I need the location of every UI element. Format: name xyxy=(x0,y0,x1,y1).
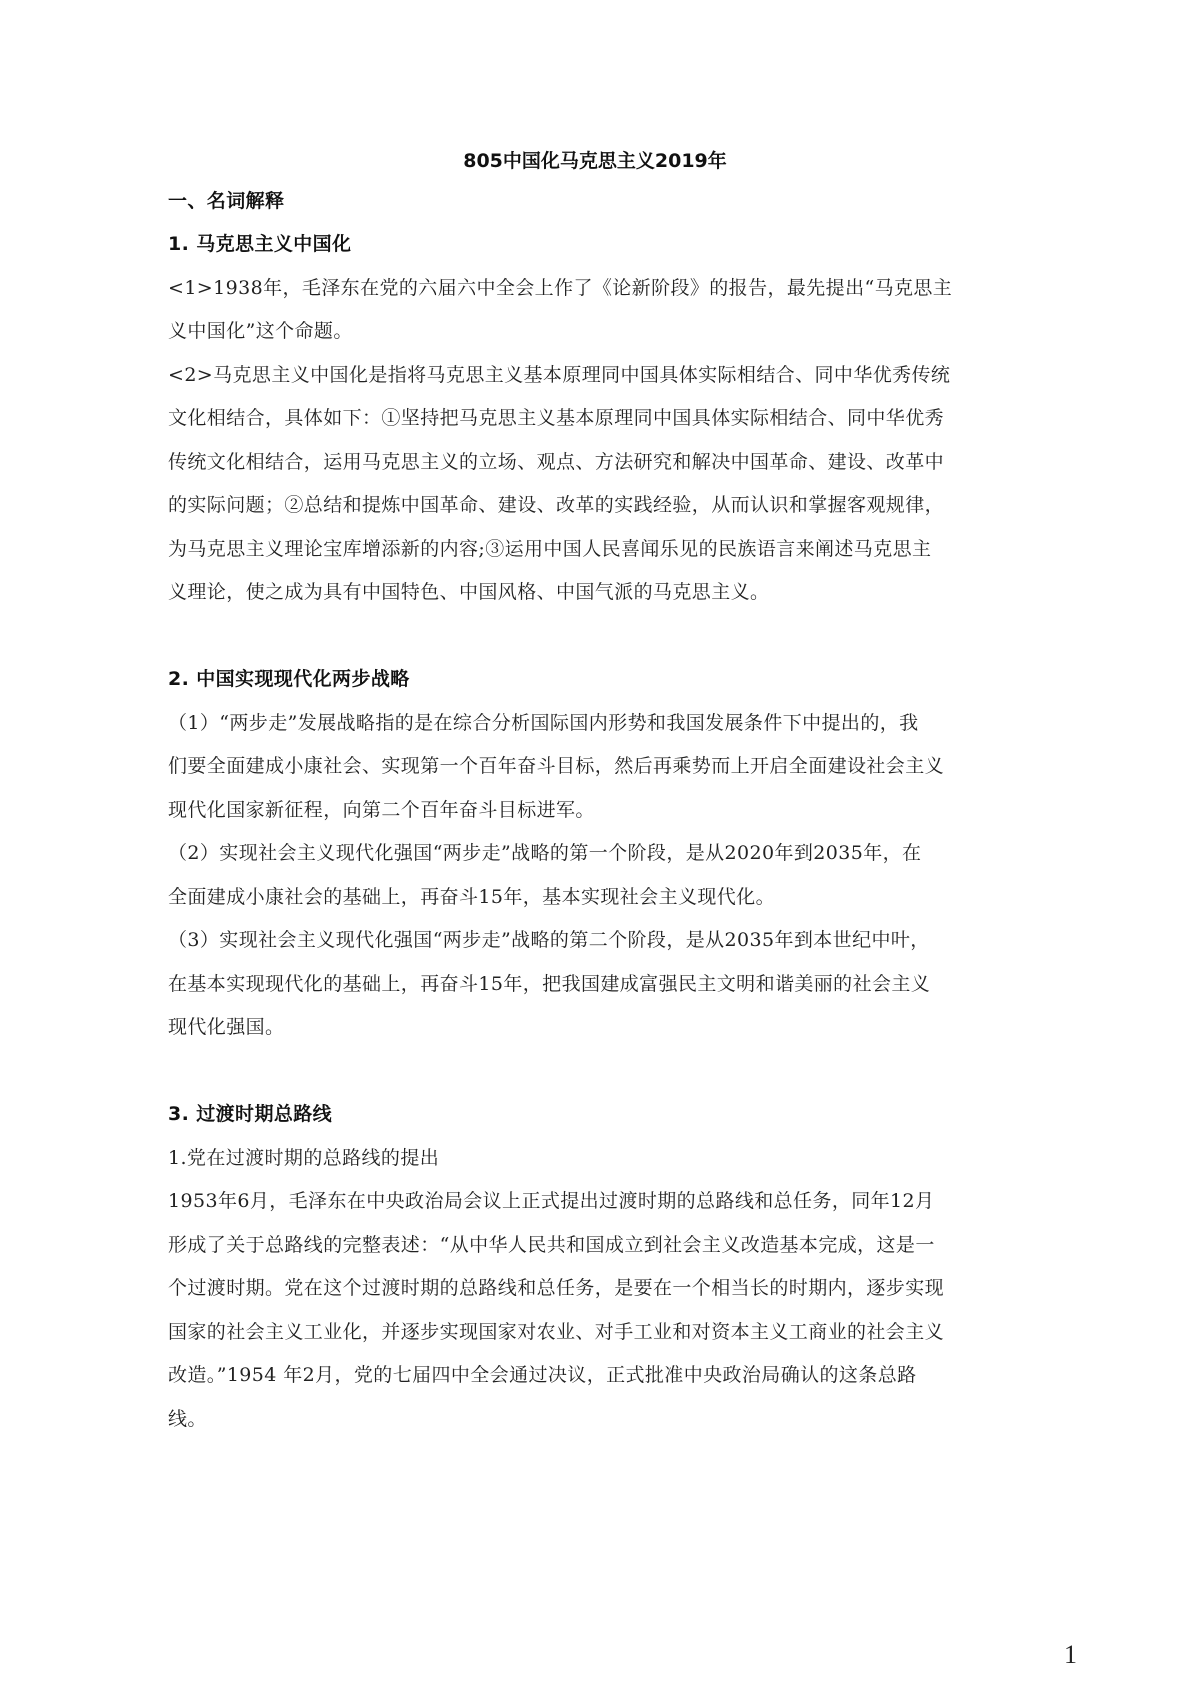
term-3-heading: 3. 过渡时期总路线 xyxy=(168,1101,958,1127)
term-1-line: 传统文化相结合，运用马克思主义的立场、观点、方法研究和解决中国革命、建设、改革中 xyxy=(168,449,958,475)
term-3-line: 1953年6月，毛泽东在中央政治局会议上正式提出过渡时期的总路线和总任务，同年1… xyxy=(168,1188,958,1214)
term-1-line: <2>马克思主义中国化是指将马克思主义基本原理同中国具体实际相结合、同中华优秀传… xyxy=(168,362,958,388)
term-3-line: 个过渡时期。党在这个过渡时期的总路线和总任务，是要在一个相当长的时期内，逐步实现 xyxy=(168,1275,958,1301)
term-1-heading: 1. 马克思主义中国化 xyxy=(168,231,958,257)
term-1-line: 义理论，使之成为具有中国特色、中国风格、中国气派的马克思主义。 xyxy=(168,579,958,605)
term-3-line: 形成了关于总路线的完整表述：“从中华人民共和国成立到社会主义改造基本完成，这是一 xyxy=(168,1232,958,1258)
term-2-line: 全面建成小康社会的基础上，再奋斗15年，基本实现社会主义现代化。 xyxy=(168,884,958,910)
term-1-line: 义中国化”这个命题。 xyxy=(168,318,958,344)
term-3-line: 国家的社会主义工业化，并逐步实现国家对农业、对手工业和对资本主义工商业的社会主义 xyxy=(168,1319,958,1345)
term-2-line: （1）“两步走”发展战略指的是在综合分析国际国内形势和我国发展条件下中提出的，我 xyxy=(168,710,958,736)
term-3-subheading: 1.党在过渡时期的总路线的提出 xyxy=(168,1145,958,1171)
document-page: 805中国化马克思主义2019年 一、名词解释 1. 马克思主义中国化 <1>1… xyxy=(0,0,1190,1683)
term-2-line: 在基本实现现代化的基础上，再奋斗15年，把我国建成富强民主文明和谐美丽的社会主义 xyxy=(168,971,958,997)
term-1-line: <1>1938年，毛泽东在党的六届六中全会上作了《论新阶段》的报告，最先提出“马… xyxy=(168,275,958,301)
term-3-line: 改造。”1954 年2月，党的七届四中全会通过决议，正式批准中央政治局确认的这条… xyxy=(168,1362,958,1388)
term-2-line: 们要全面建成小康社会、实现第一个百年奋斗目标，然后再乘势而上开启全面建设社会主义 xyxy=(168,753,958,779)
term-1-line: 的实际问题；②总结和提炼中国革命、建设、改革的实践经验，从而认识和掌握客观规律， xyxy=(168,492,958,518)
term-2-line: （2）实现社会主义现代化强国“两步走”战略的第一个阶段，是从2020年到2035… xyxy=(168,840,958,866)
term-2-line: 现代化国家新征程，向第二个百年奋斗目标进军。 xyxy=(168,797,958,823)
term-2-line: 现代化强国。 xyxy=(168,1014,958,1040)
document-title: 805中国化马克思主义2019年 xyxy=(0,148,1190,174)
term-3-line: 线。 xyxy=(168,1406,958,1432)
section-heading: 一、名词解释 xyxy=(168,188,958,214)
term-2-heading: 2. 中国实现现代化两步战略 xyxy=(168,666,958,692)
term-1-line: 文化相结合，具体如下：①坚持把马克思主义基本原理同中国具体实际相结合、同中华优秀 xyxy=(168,405,958,431)
page-number: 1 xyxy=(1064,1640,1077,1670)
term-1-line: 为马克思主义理论宝库增添新的内容;③运用中国人民喜闻乐见的民族语言来阐述马克思主 xyxy=(168,536,958,562)
term-2-line: （3）实现社会主义现代化强国“两步走”战略的第二个阶段，是从2035年到本世纪中… xyxy=(168,927,958,953)
